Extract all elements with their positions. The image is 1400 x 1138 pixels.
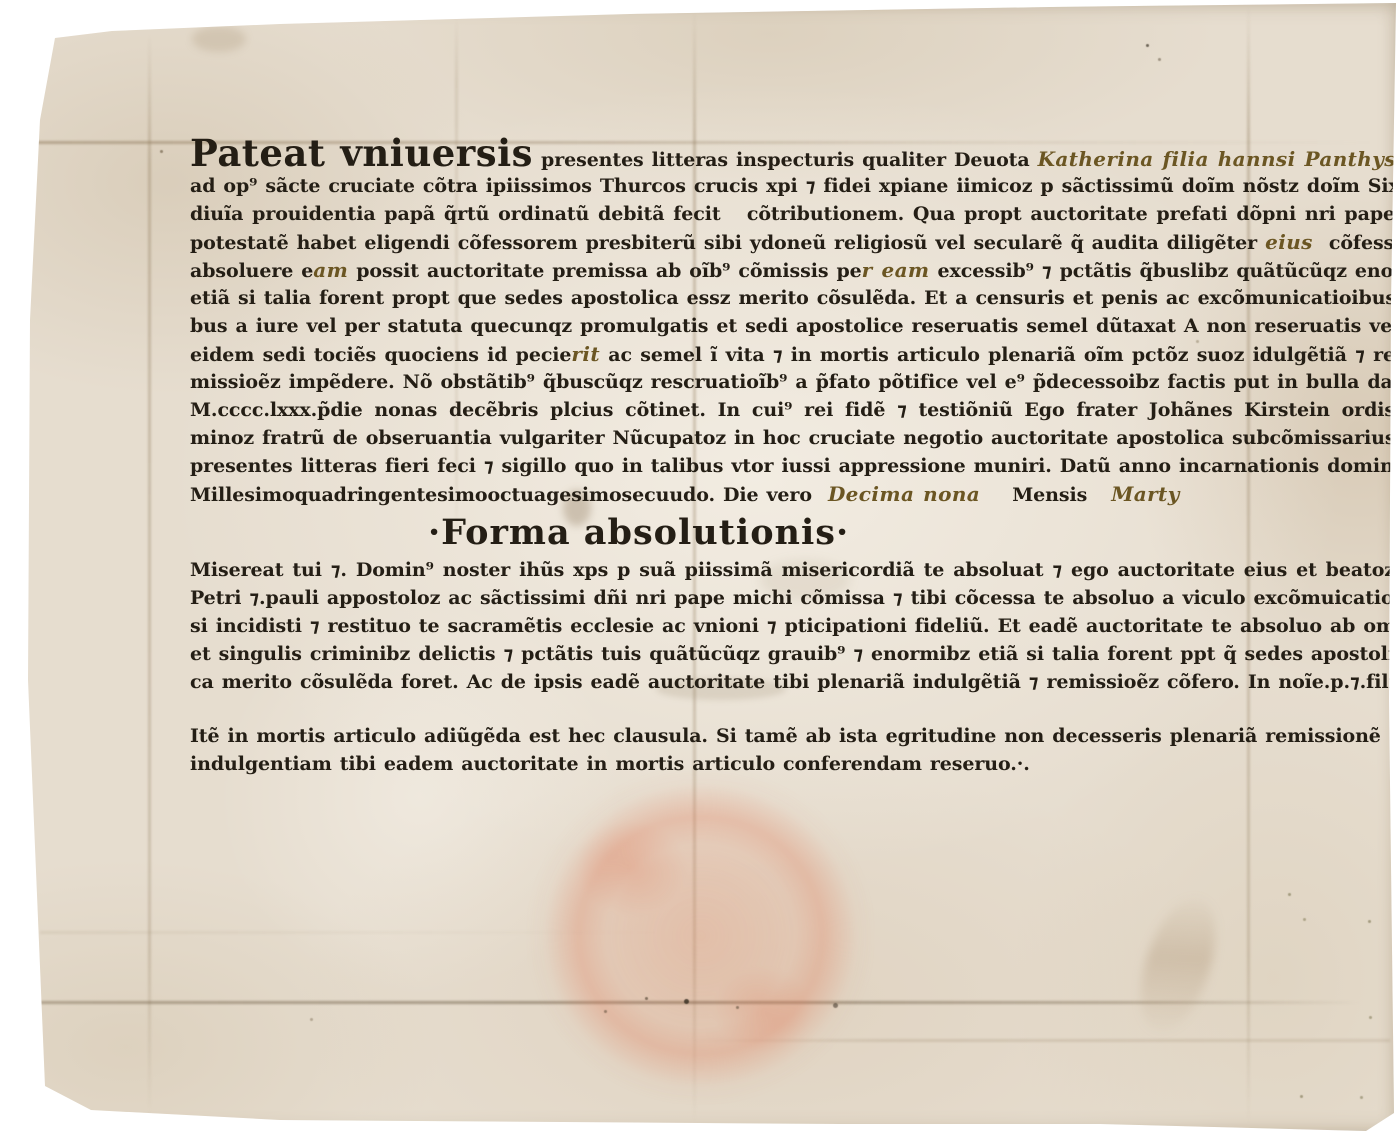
printed-text: presentes litteras fieri feci ⁊ sigillo … [190,455,1400,477]
manuscript-text: Marty [1111,482,1180,506]
opening-initial: Pateat vniuersis [190,131,533,175]
stain-streak [1126,889,1230,1042]
text-line: missioẽz impẽdere. Nõ obstãtib⁹ q̃buscũq… [190,368,1395,396]
text-line: presentes litteras fieri feci ⁊ sigillo … [190,452,1395,480]
printed-text: Petri ⁊.pauli appostoloz ac sãctissimi d… [190,587,1400,609]
text-line: Pateat vniuersis presentes litteras insp… [190,134,1395,172]
manuscript-text: Decima nona [828,482,980,506]
manuscript-text: Katherina filia hannsi Panthysemians [1038,147,1400,171]
printed-text: etiã si talia forent propt que sedes apo… [190,287,1400,309]
corner-stain [192,26,246,52]
printed-text: possit auctoritate premissa ab oĩb⁹ cõmi… [348,260,861,282]
paragraph-absolution: Misereat tui ⁊. Domin⁹ noster ihũs xps p… [190,556,1395,696]
printed-text: Itẽ in mortis articulo adiũgẽda est hec … [190,725,1398,747]
printed-text-block: Pateat vniuersis presentes litteras insp… [190,134,1395,778]
text-line: etiã si talia forent propt que sedes apo… [190,284,1395,312]
text-line: Petri ⁊.pauli appostoloz ac sãctissimi d… [190,584,1395,612]
text-line: bus a iure vel per statuta quecunqz prom… [190,312,1395,340]
printed-text: eidem sedi tociẽs quociens id pecie [190,344,571,366]
text-line: diuĩa prouidentia papã q̃rtũ ordinatũ d… [190,200,1395,228]
printed-text: missioẽz impẽdere. Nõ obstãtib⁹ q̃buscũq… [190,371,1400,393]
printed-text: ca merito cõsulẽda foret. Ac de ipsis ea… [190,671,1400,693]
printed-text: Mensis [980,484,1111,506]
manuscript-text: rit [571,342,600,366]
printed-text: bus a iure vel per statuta quecunqz prom… [190,315,1400,337]
printed-text: indulgentiam tibi eadem auctoritate in m… [190,753,1030,775]
printed-text: presentes litteras inspecturis qualiter … [533,149,1038,171]
vellum-sheet: Pateat vniuersis presentes litteras insp… [0,0,1400,1138]
printed-text: Misereat tui ⁊. Domin⁹ noster ihũs xps p… [190,559,1395,581]
text-line: Itẽ in mortis articulo adiũgẽda est hec … [190,722,1395,750]
red-seal-stain [528,768,873,1103]
manuscript-text: eius [1265,230,1313,254]
printed-text: excessib⁹ ⁊ pctãtis q̃buslibz quãtũcũqz … [930,260,1400,282]
printed-text: absoluere e [190,260,313,282]
text-line: M.cccc.lxxx.p̃die nonas decẽbris plcius … [190,396,1395,424]
paragraph-mortis-clause: Itẽ in mortis articulo adiũgẽda est hec … [190,722,1395,778]
printed-text: ad op⁹ sãcte cruciate cõtra ipiissimos T… [190,175,1400,197]
text-line: ad op⁹ sãcte cruciate cõtra ipiissimos T… [190,172,1395,200]
text-line: indulgentiam tibi eadem auctoritate in m… [190,750,1395,778]
printed-text: cõfessioẽ [1313,232,1400,254]
text-line: et singulis criminibz delictis ⁊ pctãtis… [190,640,1395,668]
printed-text: Millesimoquadringentesimooctuagesimosecu… [190,484,828,506]
manuscript-text: r eam [862,258,930,282]
text-line: ca merito cõsulẽda foret. Ac de ipsis ea… [190,668,1395,696]
text-line: Millesimoquadringentesimooctuagesimosecu… [190,480,1395,508]
paragraph-main: Pateat vniuersis presentes litteras insp… [190,134,1395,508]
section-heading: ·Forma absolutionis· [190,512,1395,554]
text-line: si incidisti ⁊ restituo te sacramẽtis ec… [190,612,1395,640]
ink-specks [0,0,3,3]
printed-text: ac semel ĩ vita ⁊ in mortis articulo ple… [600,344,1395,366]
printed-text: diuĩa prouidentia papã q̃rtũ ordinatũ d… [190,203,1395,225]
text-line: minoz fratrũ de obseruantia vulgariter N… [190,424,1395,452]
printed-text: minoz fratrũ de obseruantia vulgariter N… [190,427,1395,449]
printed-text: et singulis criminibz delictis ⁊ pctãtis… [190,643,1395,665]
text-line: eidem sedi tociẽs quociens id pecierit a… [190,340,1395,368]
manuscript-text: am [313,258,348,282]
text-line: potestatẽ habet eligendi cõfessorem pres… [190,228,1395,256]
fold-crease-vertical [148,34,151,1114]
text-line: Misereat tui ⁊. Domin⁹ noster ihũs xps p… [190,556,1395,584]
photograph-background: Pateat vniuersis presentes litteras insp… [0,0,1400,1138]
printed-text: M.cccc.lxxx.p̃die nonas decẽbris plcius … [190,399,1395,421]
printed-text: potestatẽ habet eligendi cõfessorem pres… [190,232,1265,254]
printed-text: si incidisti ⁊ restituo te sacramẽtis ec… [190,615,1400,637]
text-line: absoluere eam possit auctoritate premiss… [190,256,1395,284]
